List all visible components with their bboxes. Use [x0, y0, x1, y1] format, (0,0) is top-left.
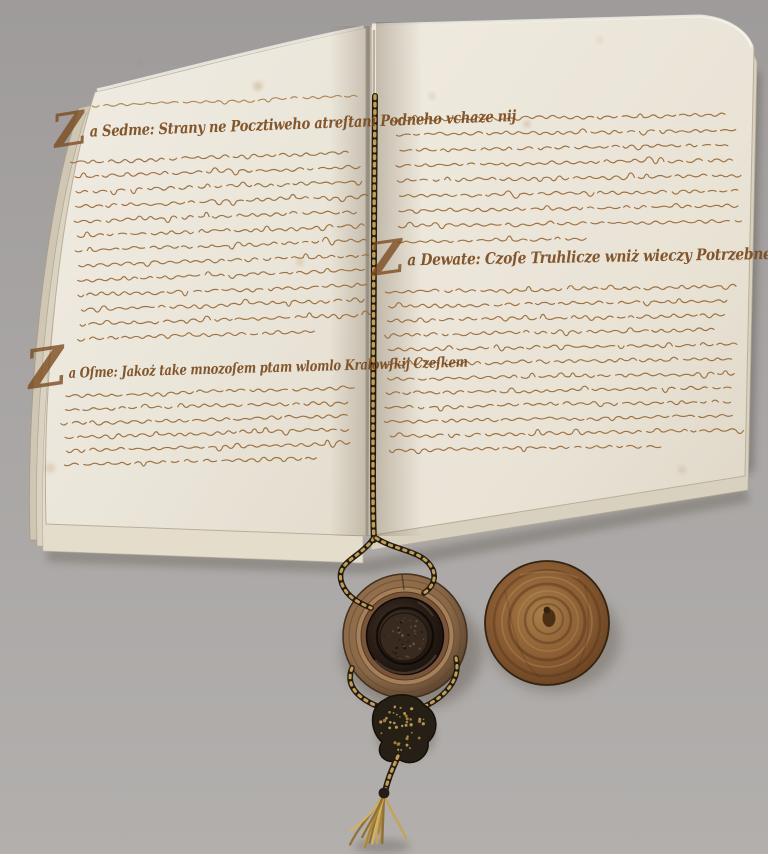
photograph-manuscript-with-seal: Za Sedme: Strany ne Pocztiweho atreſtani…: [0, 0, 768, 854]
wooden-lid: [485, 561, 609, 685]
heading-text: a Dewate: Czoſe Truhlicze wniż wieczy Po…: [407, 246, 768, 268]
tassel: [350, 788, 406, 848]
right-page: [368, 16, 754, 536]
gutter-cord: [373, 96, 375, 540]
drop-cap-initial: Z: [24, 347, 69, 390]
heading-za-dewate: Za Dewate: Czoſe Truhlicze wniż wieczy P…: [370, 234, 768, 274]
book: [29, 16, 757, 563]
wax-seal: [367, 598, 444, 675]
drop-cap-initial: Z: [368, 240, 406, 277]
seal-capsule: [343, 574, 467, 698]
cord-knot: [373, 695, 436, 792]
drop-cap-initial: Z: [50, 111, 88, 148]
